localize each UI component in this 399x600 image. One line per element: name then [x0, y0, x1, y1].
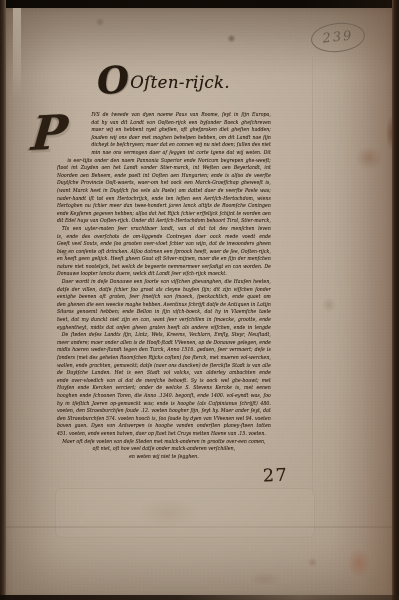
reverse-page-impression [55, 488, 315, 538]
text-line: TIs een uyter-maten ſeer vruchtbaer land… [57, 226, 271, 234]
text-line: nader-handt iſt tot een Hertochrijck, en… [57, 196, 271, 204]
text-line: IVS de tweede van dyen naeme Paus van Ro… [57, 112, 271, 120]
text-line: den ghenen die een weecke maghe hebben. … [57, 302, 271, 310]
title-ornate-initial: O [96, 61, 131, 100]
handwritten-folio-value: 239 [322, 28, 354, 46]
text-line: Huyſen ende Kercken verciert; onder de w… [57, 385, 271, 393]
text-line: ende over-vloedich van al dat de menſche… [57, 378, 271, 386]
text-line: boven gaen. Dyen van Antwerpen is hooghe… [57, 423, 271, 431]
stain [347, 548, 371, 578]
scanned-page: 239 O Oſten-rijck. P IVS de tweede van d… [0, 0, 399, 600]
text-line: ſouden wij ons daer met moghen behelpen … [57, 135, 271, 143]
vertical-crease [312, 56, 313, 496]
text-line: den Straesburchſen 574. voeten hooch is,… [57, 416, 271, 424]
scan-edge-right [392, 0, 399, 600]
paragraphs: IVS de tweede van dyen naeme Paus van Ro… [57, 112, 271, 461]
text-line: ende Keyſeren gegeven hebben; alſoo dat … [57, 211, 271, 219]
text-line: is eer-tijts onder den naem Pannonia Sup… [57, 158, 271, 166]
text-line: hy in tſeſtich Jaeren op-gemaeckt was; e… [57, 401, 271, 409]
stain [249, 572, 281, 586]
text-line: De ſteden deſes Landts ſijn, Lintz, Wels… [57, 332, 271, 340]
text-line: voeten, den Straesburchſen ſoude .12. vo… [57, 408, 271, 416]
text-line: min nae ons vermogen daer af ſeggen int … [57, 150, 271, 158]
text-line: Daer wordt in deſe Donauwe een ſoorte va… [57, 279, 271, 287]
text-line: eyghentheyt, midts dat onſen gheen grate… [57, 325, 271, 333]
text-line: de Duytſche Landen. Het is een Stadt vol… [57, 370, 271, 378]
scan-edge-bottom [0, 595, 399, 600]
stain [321, 298, 337, 312]
text-line: Siluros genoemt hebben; ende Bellon in ſ… [57, 309, 271, 317]
text-line: nature niet nootelyck, het welck de bege… [57, 264, 271, 272]
text-line: maer wij en hebbent nyet gheſien, oft gh… [57, 127, 271, 135]
left-edge-highlight [13, 8, 21, 98]
title-text: Oſten-rijck. [130, 73, 230, 92]
text-line: ſtoot int Zuyden aen het Landt vander St… [57, 165, 271, 173]
stain [227, 34, 236, 43]
page-number: 27 [263, 466, 289, 487]
text-line: wallen, ende grachten, gemaeckt; datſe (… [57, 363, 271, 371]
body-text-block: P IVS de tweede van dyen naeme Paus van … [57, 112, 271, 461]
text-line: ſonders (met des gehelen Roomſchen Rijck… [57, 355, 271, 363]
scan-edge-top [0, 0, 399, 8]
text-line: dat hy van dit Landt van Ooſten-rijck ee… [57, 120, 271, 128]
text-line: meer andere; maer onder allen is de Hoof… [57, 340, 271, 348]
text-line: dicheyt te beſchryven; maer dat en conne… [57, 142, 271, 150]
text-line: hooghen ende ſchoonen Toren, die Anno .1… [57, 393, 271, 401]
text-line: Maer oft deſe voeten van deſe Steden met… [57, 439, 271, 447]
book-page: 239 O Oſten-rijck. P IVS de tweede van d… [5, 6, 394, 600]
text-line: dit Edel huys van Ooſten-rijck. Onder di… [57, 218, 271, 226]
text-line: Geeft veel Souts, ende ſoo grooten over-… [57, 241, 271, 249]
text-line: datſe der villen, datſe ſchier ſoo groot… [57, 287, 271, 295]
text-line: Hertoghen nu ſchier meer dan twee-honder… [57, 203, 271, 211]
text-line: bier en conſente oft drincken. Alſoo dat… [57, 249, 271, 257]
handwritten-folio-number: 239 [310, 20, 367, 54]
stain [307, 558, 318, 567]
text-line: Donauwe loopter lancks duere, welck dit … [57, 271, 271, 279]
scan-edge-left [0, 0, 6, 600]
text-line: en weten wij niet te ſegghen. [57, 454, 271, 462]
text-line: en heeft geen gelijck. Heeft gheen Gout … [57, 256, 271, 264]
text-line: Noorden aen Beheem, ende paelt int Ooſte… [57, 173, 271, 181]
right-shading [334, 6, 394, 600]
text-line: is, ende des overſchots de om-liggende C… [57, 234, 271, 242]
text-line: midts haeren weder-ſtandt tegen den Turc… [57, 347, 271, 355]
text-line: heet, dat my dunckt niet zijn en can, wa… [57, 317, 271, 325]
horizontal-crease [5, 526, 394, 528]
text-line: Duytſche Provincie Ooſt-waerts, waer-om … [57, 180, 271, 188]
stain [355, 146, 383, 170]
chapter-title: O Oſten-rijck. [57, 62, 270, 108]
stain [95, 18, 105, 26]
text-line: oft niet, oft hoe veel datſe onder malck… [57, 446, 271, 454]
text-line: (want Marck heet in Duytſch ſoo vele als… [57, 188, 271, 196]
text-line: 451. voeten, ende eenen halven, daer op … [57, 431, 271, 439]
text-line: eenighe beenen oft graten, ſeer ſmetſch … [57, 294, 271, 302]
